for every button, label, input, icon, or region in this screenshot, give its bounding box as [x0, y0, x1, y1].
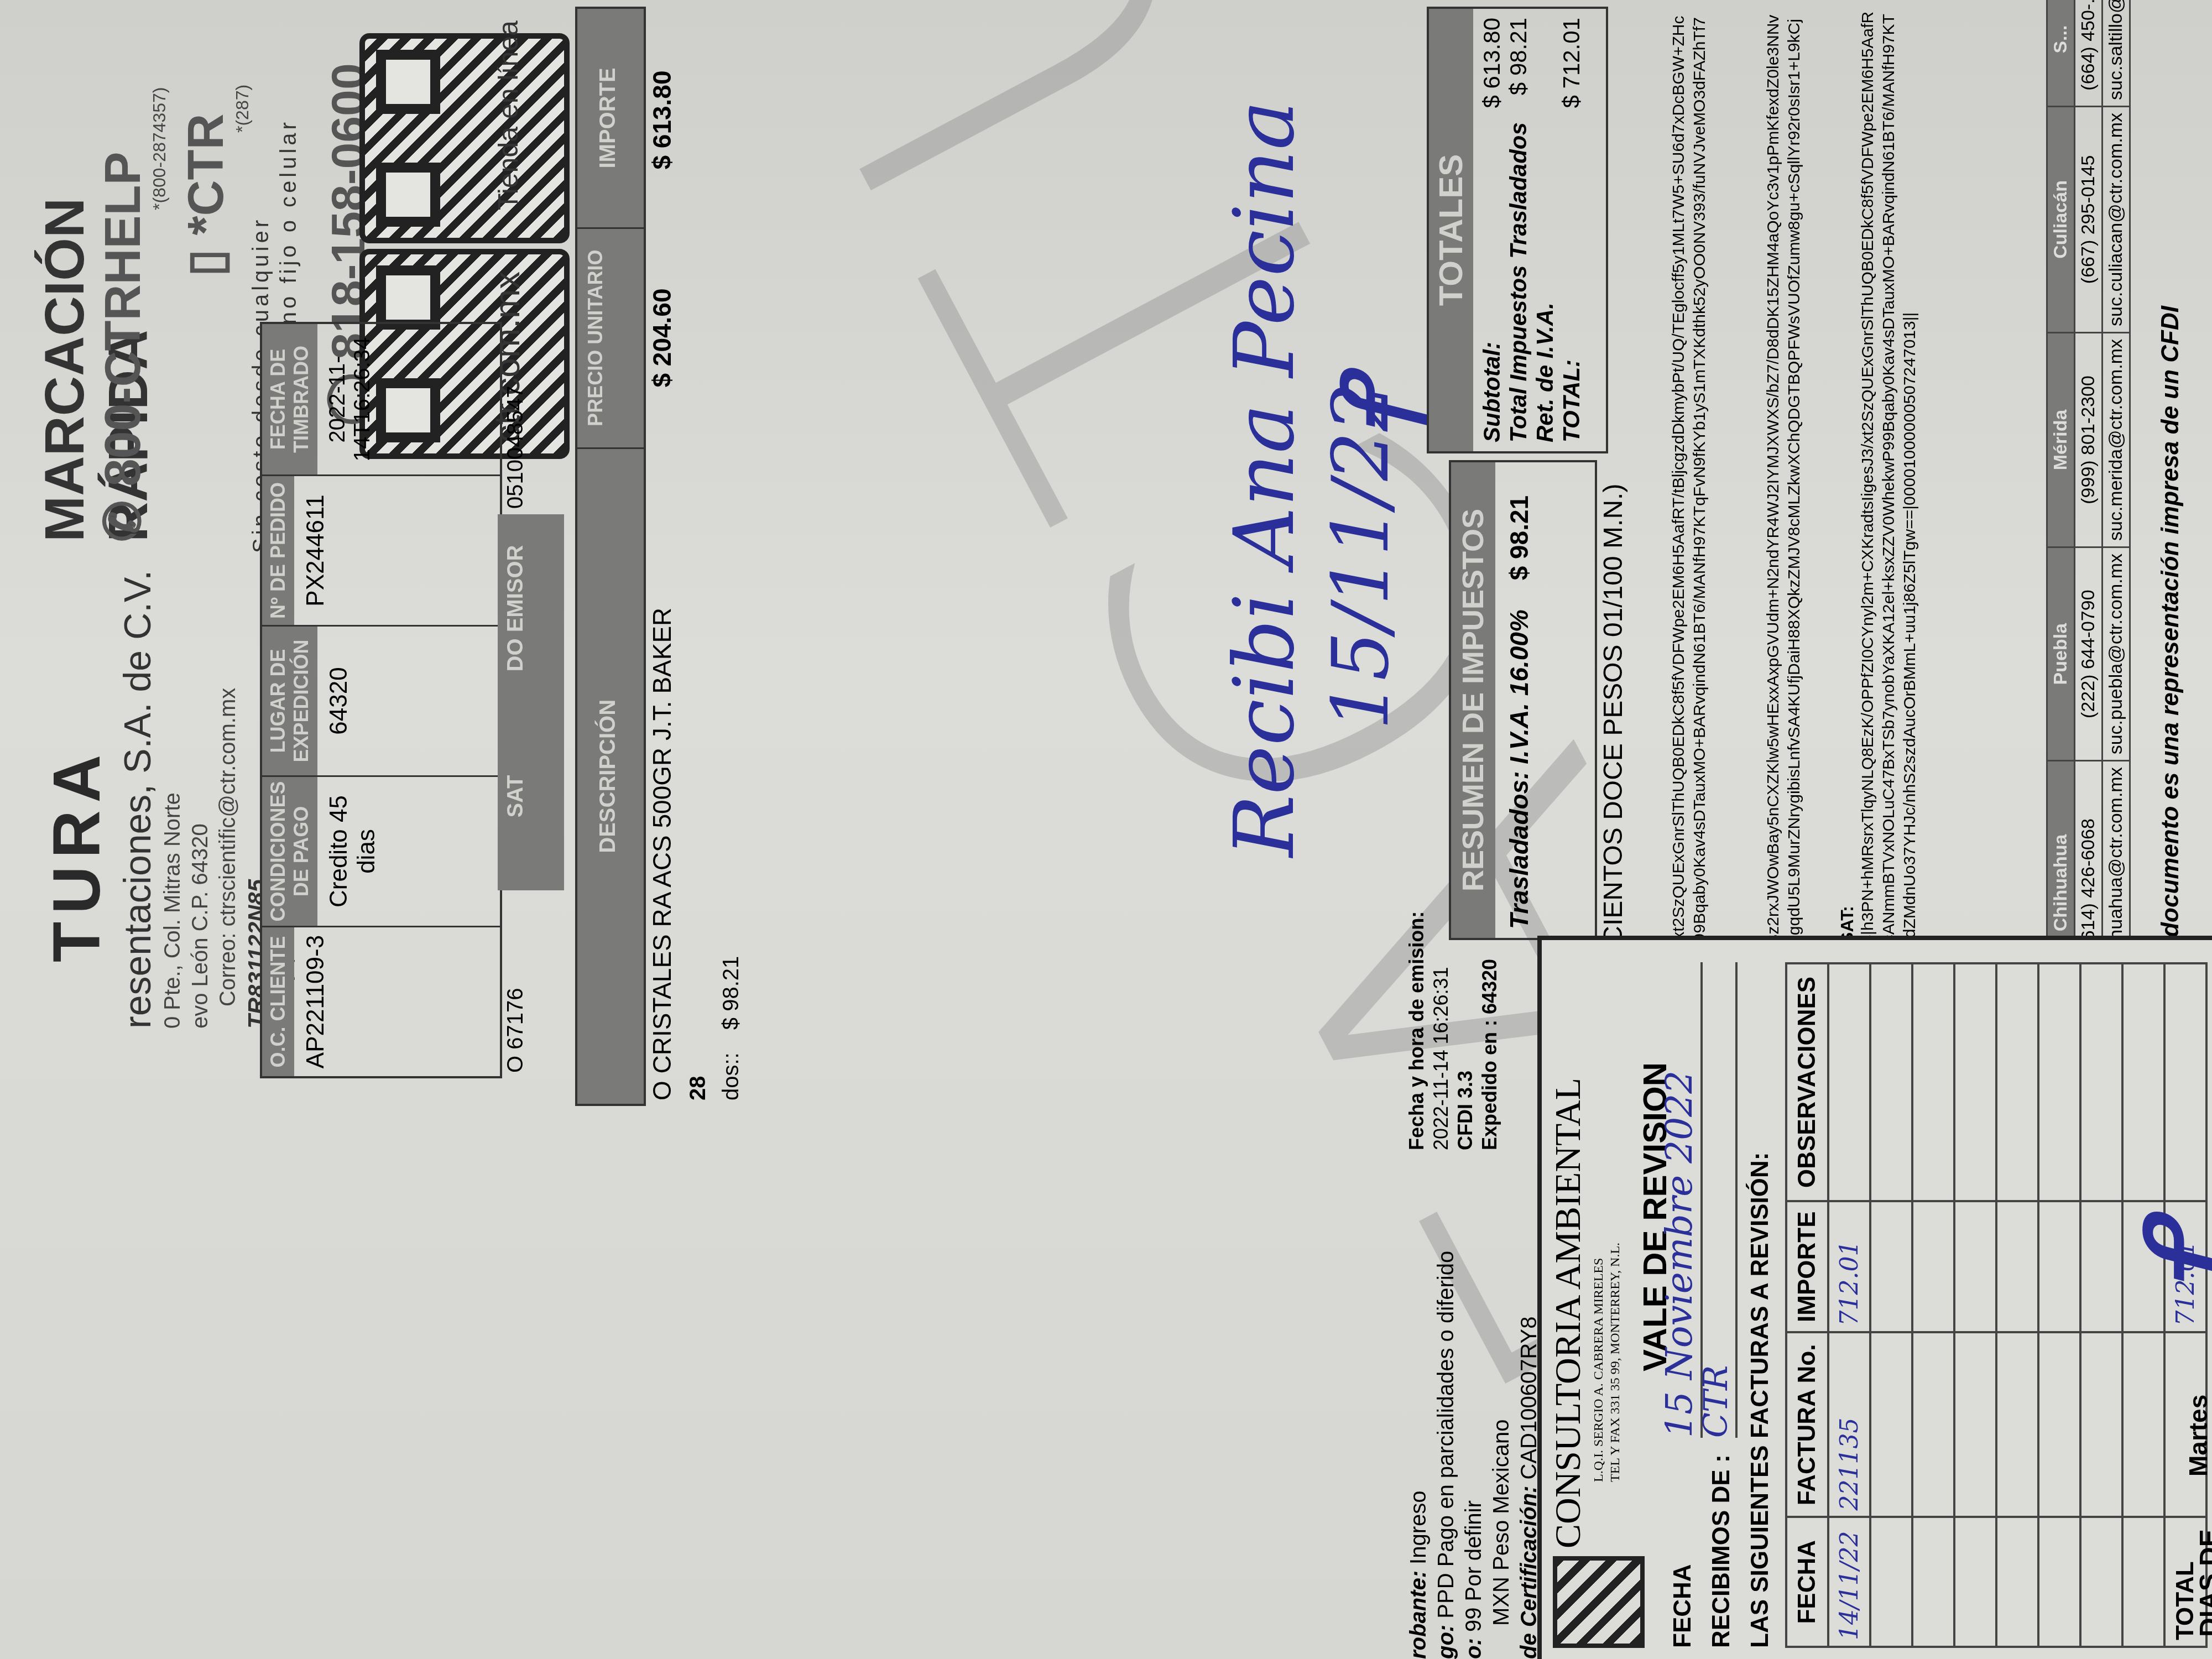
- branch-email: suc.saltillo@...: [2103, 0, 2130, 106]
- comprobante-value: 99 Por definir: [1462, 1500, 1486, 1632]
- voucher-date-label: FECHA: [1669, 1564, 1697, 1648]
- header-field-label: FECHA DE TIMBRADO: [262, 324, 317, 474]
- col-amount: IMPORTE: [577, 9, 644, 229]
- totals-label: Ret. de I.V.A.: [1532, 302, 1558, 442]
- emission-label: Fecha y hora de emision:: [1405, 911, 1429, 1150]
- totals-row: Ret. de I.V.A.: [1532, 18, 1558, 442]
- totals-value: $ 98.21: [1505, 18, 1532, 95]
- totals-row: Subtotal:$ 613.80: [1479, 18, 1505, 442]
- item-taxes-label: dos::: [719, 1052, 743, 1100]
- item-unit-price: $ 204.60: [647, 229, 677, 447]
- totals-row: TOTAL:$ 712.01: [1558, 18, 1585, 442]
- left-field-label: DO EMISOR: [498, 514, 564, 702]
- revision-voucher: CONSULTORIA AMBIENTAL L.Q.I. SERGIO A. C…: [1537, 936, 2212, 1659]
- item-taxes-line: dos:: $ 98.21: [719, 956, 744, 1100]
- voucher-table-row: [2122, 963, 2164, 1647]
- header-field-label: CONDICIONES DE PAGO: [262, 777, 317, 926]
- mobile-code-digits: *(287): [232, 85, 253, 133]
- phone-icon: ✆: [96, 500, 151, 542]
- tax-summary-header: RESUMEN DE IMPUESTOS: [1451, 462, 1495, 938]
- voucher-table-row: [1912, 963, 1954, 1647]
- voucher-cell: 14/11/22: [1828, 1517, 1870, 1647]
- mobile-code-text: *CTR: [179, 113, 234, 235]
- invoice-title: TURA: [39, 747, 115, 962]
- consultoria-logo: [1553, 1556, 1645, 1648]
- branch-phone: (664) 450-...: [2075, 0, 2103, 106]
- totals-header: TOTALES: [1429, 9, 1473, 451]
- branch-city: S...: [2047, 0, 2075, 106]
- voucher-payment-days-value: Martes: [2183, 1395, 2212, 1477]
- voucher-table-header: FECHA FACTURA No. IMPORTE OBSERVACIONES: [1786, 963, 1828, 1647]
- voucher-col-invoice: FACTURA No.: [1786, 1332, 1828, 1517]
- totals-value: $ 712.01: [1558, 18, 1585, 108]
- totals-row: Total Impuestos Trasladados$ 98.21: [1505, 18, 1532, 442]
- header-field-order: Nº DE PEDIDO PX244611: [262, 474, 500, 625]
- header-field-place: LUGAR DE EXPEDICIÓN 64320: [262, 625, 500, 775]
- header-field-value: 64320: [317, 627, 361, 775]
- voucher-table-row: [1954, 963, 1996, 1647]
- tax-summary-box: RESUMEN DE IMPUESTOS Trasladados: I.V.A.…: [1449, 460, 1597, 940]
- company-email: Correo: ctrscientific@ctr.com.mx: [216, 688, 241, 1006]
- voucher-col-notes: OBSERVACIONES: [1786, 963, 1828, 1201]
- voucher-company: CONSULTORIA AMBIENTAL: [1547, 1078, 1589, 1548]
- voucher-cell: [1828, 963, 1870, 1201]
- header-field-value: Credito 45 dias: [317, 777, 388, 926]
- qr-code-store: [359, 33, 570, 243]
- branch-city: Culiacán: [2047, 106, 2075, 332]
- comprobante-row: go: PPD Pago en parcialidades o diferido: [1432, 1161, 1460, 1659]
- col-unit-price: PRECIO UNITARIO: [577, 229, 644, 449]
- company-name: resentaciones, S.A. de C.V.: [116, 570, 159, 1029]
- item-description: O CRISTALES RA ACS 500GR J.T. BAKER: [647, 447, 677, 1106]
- emission-block: Fecha y hora de emision: 2022-11-14 16:2…: [1405, 911, 1502, 1150]
- header-field-value: PX244611: [294, 476, 337, 625]
- col-description: DESCRIPCIÓN: [577, 449, 644, 1104]
- comprobante-value: MXN Peso Mexicano: [1489, 1420, 1514, 1626]
- voucher-contact: TEL Y FAX 331 35 99, MONTERREY, N.L.: [1608, 1243, 1623, 1482]
- voucher-table-row: [1870, 963, 1912, 1647]
- cfdi-version: CFDI 3.3: [1453, 911, 1478, 1150]
- left-field-label: SAT: [498, 702, 564, 890]
- comprobante-row: robante: Ingreso: [1405, 1161, 1432, 1659]
- voucher-intro: LAS SIGUIENTES FACTURAS A REVISIÓN:: [1746, 1152, 1774, 1648]
- header-fields-grid: O.C. CLIENTE AP221109-3 CONDICIONES DE P…: [260, 322, 502, 1078]
- comprobante-row: MXN Peso Mexicano: [1488, 1161, 1515, 1659]
- voucher-col-date: FECHA: [1786, 1517, 1828, 1647]
- voucher-table-row: [2038, 963, 2080, 1647]
- branch-phone: (667) 295-0145: [2075, 106, 2103, 332]
- document-stage: FACTURA TURA resentaciones, S.A. de C.V.…: [0, 0, 2212, 1659]
- header-field-label: Nº DE PEDIDO: [262, 476, 294, 625]
- totals-value: $ 613.80: [1479, 18, 1505, 108]
- item-taxes-value: $ 98.21: [719, 956, 743, 1030]
- totals-label: Total Impuestos Trasladados: [1505, 122, 1532, 442]
- totals-box: TOTALES Subtotal:$ 613.80 Total Impuesto…: [1427, 7, 1608, 453]
- cfdi-footer: Este documento es una representación imp…: [2157, 306, 2184, 995]
- quick-dial-phone-text: 800-CTRHELP: [96, 152, 151, 486]
- voucher-signature: ꝭ: [2095, 1232, 2212, 1300]
- items-table-row: O CRISTALES RA ACS 500GR J.T. BAKER $ 20…: [647, 11, 677, 1106]
- header-field-value: 2022-11-14T16:26:34: [317, 324, 383, 474]
- branch-city: Puebla: [2047, 547, 2075, 761]
- header-field-payment-terms: CONDICIONES DE PAGO Credito 45 dias: [262, 775, 500, 926]
- item-extra-line: 28: [686, 1076, 711, 1101]
- voucher-cell: 221135: [1828, 1332, 1870, 1517]
- voucher-col-amount: IMPORTE: [1786, 1201, 1828, 1333]
- branch-city: Mérida: [2047, 332, 2075, 547]
- branch-email: suc.puebla@ctr.com.mx: [2103, 547, 2130, 761]
- voucher-table-row: 14/11/22 221135 712.01: [1828, 963, 1870, 1647]
- items-table-header: DESCRIPCIÓN PRECIO UNITARIO IMPORTE: [575, 7, 646, 1106]
- comprobante-details: robante: Ingreso go: PPD Pago en parcial…: [1405, 1161, 1543, 1659]
- tax-summary-line: Trasladados: I.V.A. 16.00% $ 98.21: [1495, 462, 1543, 938]
- comprobante-label: o:: [1462, 1638, 1486, 1659]
- left-field-value: O 67176: [498, 890, 564, 1078]
- voucher-from-value: CTR: [1697, 962, 1738, 1438]
- voucher-from-label: RECIBIMOS DE :: [1708, 1454, 1735, 1648]
- voucher-date-value: 15 Noviembre 2022: [1658, 962, 1703, 1438]
- header-field-label: O.C. CLIENTE: [262, 927, 294, 1076]
- totals-rows: Subtotal:$ 613.80 Total Impuestos Trasla…: [1473, 9, 1590, 451]
- tax-line-label: Trasladados: I.V.A. 16.00%: [1505, 609, 1533, 929]
- tax-line-value: $ 98.21: [1505, 495, 1533, 580]
- totals-label: Subtotal:: [1479, 342, 1505, 442]
- branch-phone: (222) 644-0790: [2075, 547, 2103, 761]
- voucher-table-row: [1996, 963, 2038, 1647]
- voucher-table-row: [2080, 963, 2122, 1647]
- quick-dial-phone: ✆ 800-CTRHELP: [94, 152, 152, 542]
- quick-dial-digits: *(800-2874357): [149, 87, 170, 210]
- voucher-cell: 712.01: [1828, 1201, 1870, 1333]
- qr-label-store: Tienda en línea: [492, 20, 524, 210]
- branch-email: suc.merida@ctr.com.mx: [2103, 332, 2130, 547]
- address-line2: evo León C.P. 64320: [188, 823, 213, 1029]
- header-field-label: LUGAR DE EXPEDICIÓN: [262, 627, 317, 775]
- comprobante-row: o: 99 Por definir: [1460, 1161, 1488, 1659]
- comprobante-label: robante:: [1406, 1571, 1431, 1659]
- totals-label: TOTAL:: [1558, 359, 1585, 442]
- header-field-oc: O.C. CLIENTE AP221109-3: [262, 926, 500, 1076]
- comprobante-label: go:: [1434, 1625, 1458, 1659]
- branch-email: suc.culiacan@ctr.com.mx: [2103, 106, 2130, 332]
- mobile-phone-icon: ▯: [179, 249, 234, 276]
- comprobante-value: Ingreso: [1406, 1490, 1431, 1564]
- voucher-table: FECHA FACTURA No. IMPORTE OBSERVACIONES …: [1785, 962, 2208, 1648]
- left-fields: O 67176 SAT DO EMISOR 0510048547: [498, 326, 564, 1078]
- mobile-code: ▯ *CTR: [177, 113, 235, 276]
- left-field-value: 0510048547: [498, 326, 564, 514]
- expedido-en: Expedido en : 64320: [1478, 911, 1502, 1150]
- handwritten-receipt-note: Recibi Ana Pecina: [1217, 101, 1313, 857]
- item-amount: $ 613.80: [647, 11, 677, 229]
- branch-phone: (999) 801-2300: [2075, 332, 2103, 547]
- comprobante-value: PPD Pago en parcialidades o diferido: [1434, 1251, 1458, 1619]
- emission-datetime: 2022-11-14 16:26:31: [1429, 911, 1453, 1150]
- header-field-stamp-date: FECHA DE TIMBRADO 2022-11-14T16:26:34: [262, 324, 500, 474]
- header-field-value: AP221109-3: [294, 927, 337, 1076]
- address-line1: 0 Pte., Col. Mitras Norte: [160, 792, 185, 1029]
- voucher-owner: L.Q.I. SERGIO A. CABRERA MIRELES: [1592, 1258, 1606, 1482]
- voucher-payment-days-label: DIAS DE PAGO:: [2194, 1504, 2212, 1637]
